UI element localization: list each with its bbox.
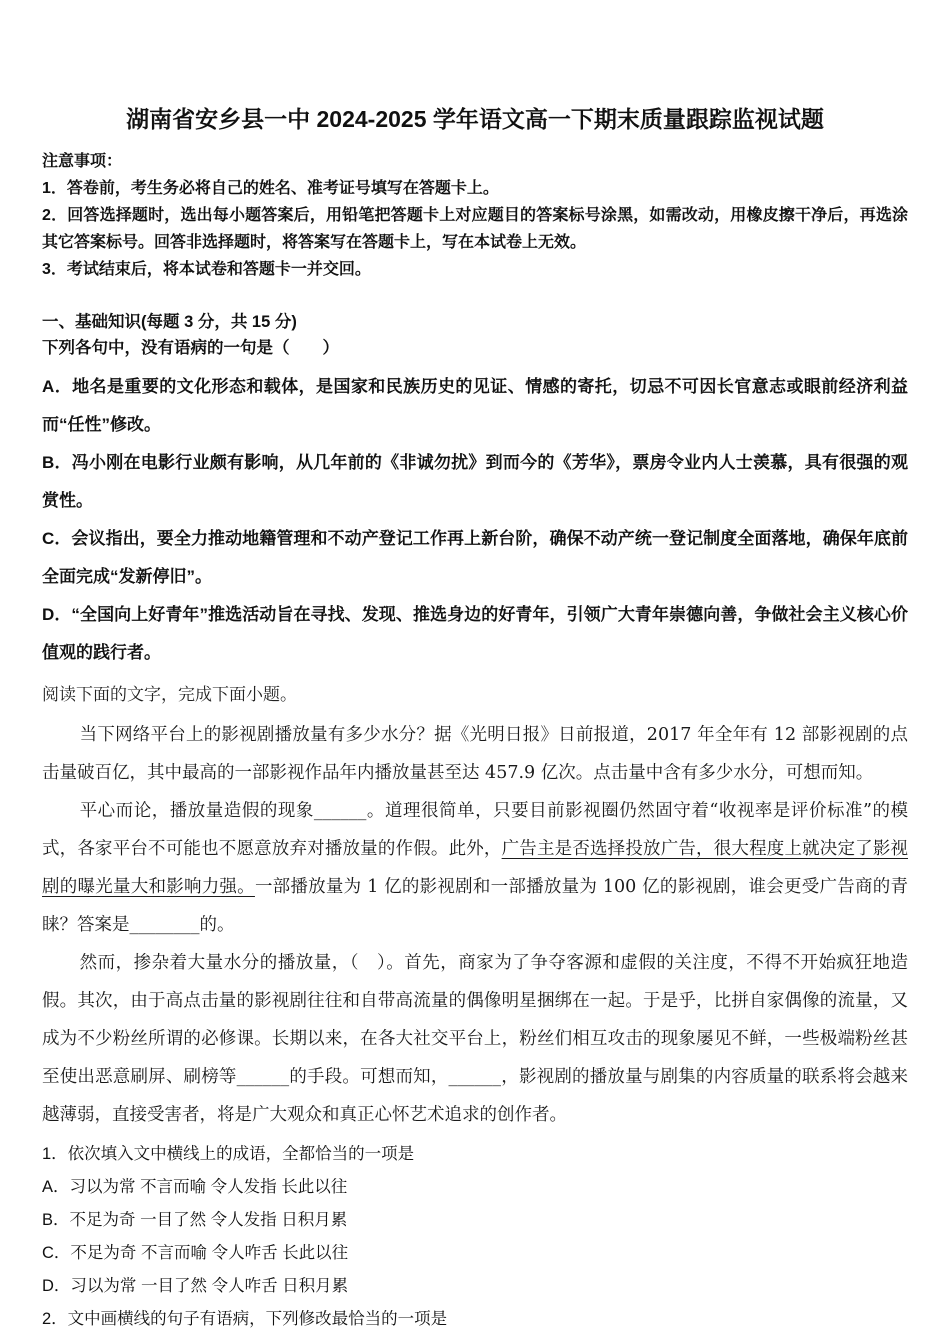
section-basic-knowledge: 一、基础知识(每题 3 分，共 15 分) 下列各句中，没有语病的一句是（ ） …: [42, 309, 908, 672]
reading-intro: 阅读下面的文字，完成下面小题。: [42, 680, 908, 710]
section1-option-a: A．地名是重要的文化形态和载体，是国家和民族历史的见证、情感的寄托，切忌不可因长…: [42, 368, 908, 444]
exam-page: 湖南省安乡县一中 2024-2025 学年语文高一下期末质量跟踪监视试题 注意事…: [0, 0, 950, 1344]
notice-item-3: 3．考试结束后，将本试卷和答题卡一并交回。: [42, 256, 908, 283]
section1-option-c: C．会议指出，要全力推动地籍管理和不动产登记工作再上新台阶，确保不动产统一登记制…: [42, 520, 908, 596]
notice-heading: 注意事项：: [42, 148, 908, 175]
reading-passage: 当下网络平台上的影视剧播放量有多少水分？据《光明日报》日前报道，2017 年全年…: [42, 716, 908, 1134]
notice-item-2: 2．回答选择题时，选出每小题答案后，用铅笔把答题卡上对应题目的答案标号涂黑，如需…: [42, 202, 908, 256]
question-1-option-d: D．习以为常 一目了然 令人咋舌 日积月累: [42, 1270, 908, 1303]
question-2-stem: 2．文中画横线的句子有语病，下列修改最恰当的一项是: [42, 1303, 908, 1336]
section1-option-b: B．冯小刚在电影行业颇有影响，从几年前的《非诚勿扰》到而今的《芳华》，票房令业内…: [42, 444, 908, 520]
passage-paragraph-1: 当下网络平台上的影视剧播放量有多少水分？据《光明日报》日前报道，2017 年全年…: [42, 716, 908, 792]
section1-question-stem: 下列各句中，没有语病的一句是（ ）: [42, 335, 908, 361]
page-title: 湖南省安乡县一中 2024-2025 学年语文高一下期末质量跟踪监视试题: [42, 104, 908, 134]
section1-options: A．地名是重要的文化形态和载体，是国家和民族历史的见证、情感的寄托，切忌不可因长…: [42, 368, 908, 672]
question-1-option-a: A．习以为常 不言而喻 令人发指 长此以往: [42, 1171, 908, 1204]
passage-paragraph-2: 平心而论，播放量造假的现象______。道理很简单，只要目前影视圈仍然固守着“收…: [42, 792, 908, 944]
section1-option-d: D．“全国向上好青年”推选活动旨在寻找、发现、推选身边的好青年，引领广大青年崇德…: [42, 596, 908, 672]
exam-document-body: { "colors": { "text": "#111111", "backgr…: [0, 0, 950, 1344]
notice-section: 注意事项： 1．答卷前，考生务必将自己的姓名、准考证号填写在答题卡上。 2．回答…: [42, 148, 908, 283]
question-1-stem: 1．依次填入文中横线上的成语，全都恰当的一项是: [42, 1138, 908, 1171]
question-1-option-b: B．不足为奇 一目了然 令人发指 日积月累: [42, 1204, 908, 1237]
question-1-option-c: C．不足为奇 不言而喻 令人咋舌 长此以往: [42, 1237, 908, 1270]
passage-paragraph-3: 然而，掺杂着大量水分的播放量，（ ）。首先，商家为了争夺客源和虚假的关注度，不得…: [42, 944, 908, 1134]
section-heading: 一、基础知识(每题 3 分，共 15 分): [42, 309, 908, 335]
notice-item-1: 1．答卷前，考生务必将自己的姓名、准考证号填写在答题卡上。: [42, 175, 908, 202]
questions-section: 1．依次填入文中横线上的成语，全都恰当的一项是 A．习以为常 不言而喻 令人发指…: [42, 1138, 908, 1336]
